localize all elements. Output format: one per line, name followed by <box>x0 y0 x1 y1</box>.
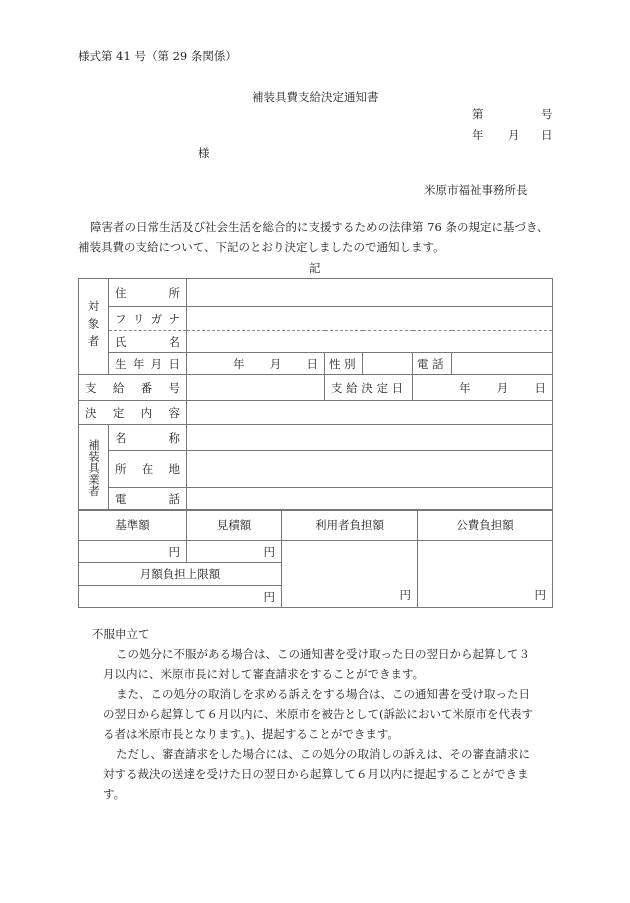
date-day: 日 <box>541 127 553 143</box>
addressee-suffix: 様 <box>198 145 210 161</box>
document-title: 補装具費支給決定通知書 <box>252 89 379 105</box>
objection-p3-line3: す。 <box>103 784 125 804</box>
payment-number-label: 支給番号 <box>79 375 187 401</box>
decision-table: 対象者 住所 フリガナ 氏名 生年月日 年月日 性 別 電 話 支給番号 支 給… <box>78 278 553 511</box>
decision-content-label: 決定内容 <box>79 401 187 425</box>
vendor-phone-label: 電話 <box>109 488 187 511</box>
ki-label: 記 <box>309 260 321 276</box>
name-label: 氏名 <box>109 331 187 353</box>
objection-p2-line2: の翌日から起算して６月以内に、米原市を被告として(訴訟において米原市を代表す <box>103 704 533 724</box>
address-field[interactable] <box>187 279 553 307</box>
objection-p3-line2: 対する裁決の送達を受けた日の翌日から起算して６月以内に提起することができま <box>103 764 529 784</box>
payment-decision-date-label: 支 給 決 定 日 <box>325 375 413 401</box>
monthly-cap-field[interactable]: 円 <box>79 586 282 608</box>
public-burden-field[interactable]: 円 <box>418 541 553 608</box>
public-burden-header: 公費負担額 <box>418 510 553 541</box>
standard-amount-field[interactable]: 円 <box>79 541 187 563</box>
intro-line-1: 障害者の日常生活及び社会生活を総合的に支援するための法律第 76 条の規定に基づ… <box>90 217 548 237</box>
objection-p1-line2: 月以内に、米原市長に対して審査請求をすることができます。 <box>103 664 424 684</box>
payment-number-field[interactable] <box>187 375 325 401</box>
date-year: 年 <box>472 127 484 143</box>
decision-date-field[interactable]: 年月日 <box>413 375 553 401</box>
vendor-name-label: 名称 <box>109 425 187 451</box>
furigana-label: フリガナ <box>109 307 187 331</box>
standard-amount-header: 基準額 <box>79 510 187 541</box>
doc-number-prefix: 第 <box>472 106 484 122</box>
issuer: 米原市福祉事務所長 <box>424 182 528 198</box>
user-burden-header: 利用者負担額 <box>282 510 418 541</box>
decision-content-field[interactable] <box>187 401 553 425</box>
vendor-phone-field[interactable] <box>187 488 553 511</box>
objection-heading: 不服申立て <box>92 624 150 644</box>
objection-p2-line3: る者は米原市長となります。)、提起することができます。 <box>103 724 399 744</box>
furigana-field[interactable] <box>187 307 553 331</box>
birthdate-field[interactable]: 年月日 <box>187 353 325 375</box>
name-field[interactable] <box>187 331 553 353</box>
doc-number-suffix: 号 <box>541 106 553 122</box>
intro-line-2: 補装具費の支給について、下記のとおり決定しましたので通知します。 <box>78 237 445 257</box>
phone-label: 電 話 <box>413 353 452 375</box>
objection-p2-line1: また、この処分の取消しを求める訴えをする場合は、この通知書を受け取った日 <box>116 684 530 704</box>
amount-table: 基準額 見積額 利用者負担額 公費負担額 円 円 円 円 月額負担上限額 円 <box>78 509 553 608</box>
form-number: 様式第 41 号（第 29 条関係） <box>78 48 237 64</box>
objection-p1-line1: この処分に不服がある場合は、この通知書を受け取った日の翌日から起算して３ <box>116 644 530 664</box>
monthly-cap-label: 月額負担上限額 <box>79 563 282 586</box>
sex-label: 性 別 <box>325 353 363 375</box>
vendor-location-field[interactable] <box>187 451 553 488</box>
sex-field[interactable] <box>363 353 413 375</box>
estimate-amount-header: 見積額 <box>187 510 282 541</box>
address-label: 住所 <box>109 279 187 307</box>
user-burden-field[interactable]: 円 <box>282 541 418 608</box>
estimate-amount-field[interactable]: 円 <box>187 541 282 563</box>
vendor-location-label: 所在地 <box>109 451 187 488</box>
birthdate-label: 生年月日 <box>109 353 187 375</box>
objection-p3-line1: ただし、審査請求をした場合には、この処分の取消しの訴えは、その審査請求に <box>116 744 530 764</box>
phone-field[interactable] <box>452 353 553 375</box>
subject-group-label: 対象者 <box>79 279 109 375</box>
vendor-group-label: 補装具業者 <box>79 425 109 511</box>
date-month: 月 <box>508 127 520 143</box>
vendor-name-field[interactable] <box>187 425 553 451</box>
